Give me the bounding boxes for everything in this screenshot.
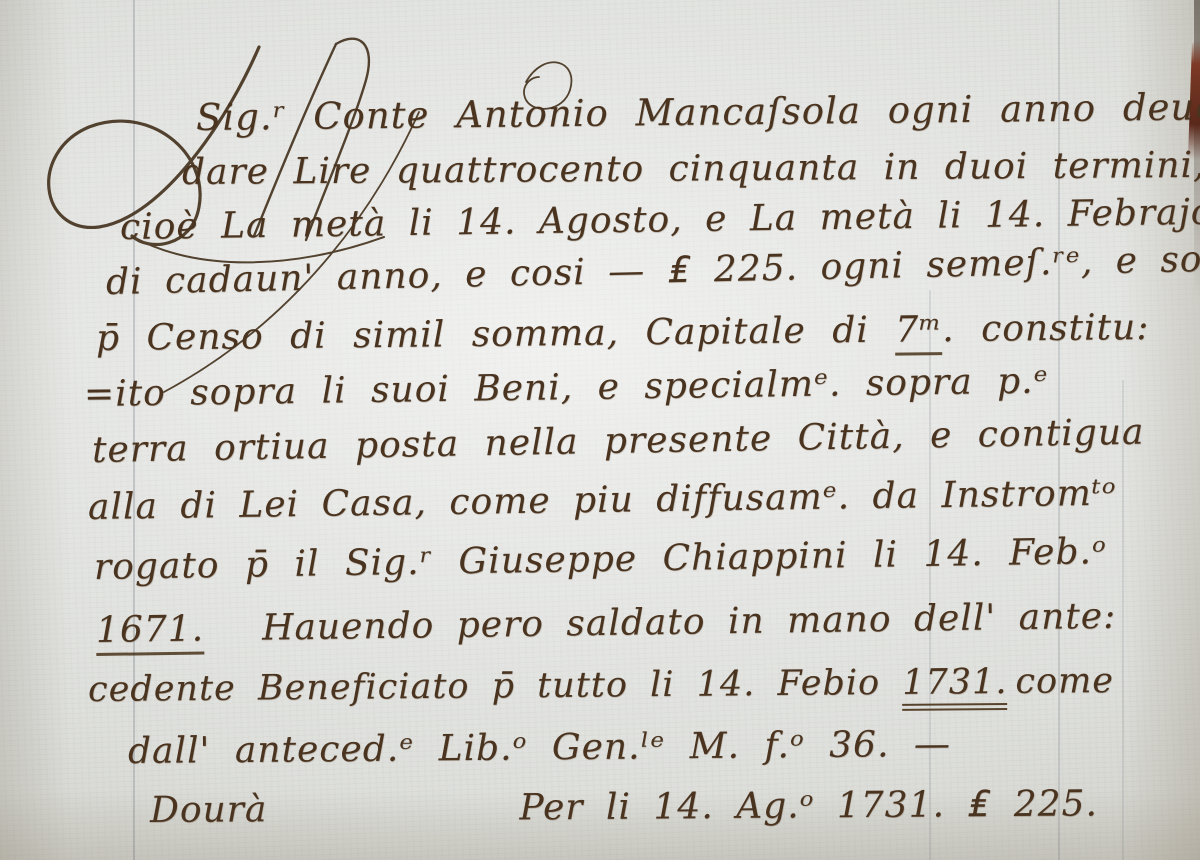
manuscript-line-11: cedente Beneficiato p̄ tutto li 14. Febi…: [88, 661, 1114, 710]
manuscript-line-5: p̄ Censo di simil somma, Capitale di 7ᵐ.…: [96, 307, 1150, 359]
manuscript-line-12: dall' anteced.ᵉ Lib.ᵒ Gen.ˡᵉ M. f.ᵒ 36. …: [128, 724, 951, 772]
manuscript-line-1: Sig.ʳ Conte Antonio Mancaſsola ogni anno…: [196, 85, 1200, 139]
text-segment: alla di Lei Casa, come piu diffusamᵉ. da…: [88, 473, 1117, 528]
text-segment: =ito sopra li suoi Beni, e specialmᵉ. so…: [84, 361, 1049, 415]
manuscript-line-2: dare Lire quattrocento cinquanta in duoi…: [182, 145, 1200, 193]
ornamental-initial-text: Il: [0, 0, 1, 1]
text-segment-dovra: Dourà: [150, 789, 268, 831]
text-segment: dall' anteced.ᵉ Lib.ᵒ Gen.ˡᵉ M. f.ᵒ 36. …: [128, 724, 951, 772]
text-segment: dare Lire quattrocento cinquanta in duoi…: [182, 145, 1200, 193]
text-segment: cedente Beneficiato p̄ tutto li 14. Febi…: [88, 663, 903, 710]
manuscript-line-6: =ito sopra li suoi Beni, e specialmᵉ. so…: [84, 361, 1049, 415]
manuscript-line-3: cioè La metà li 14. Agosto, e La metà li…: [120, 192, 1200, 248]
text-segment: Sig.ʳ Conte Antonio Mancaſsola ogni anno…: [196, 85, 1200, 139]
text-segment: di cadaun' anno, e cosi — ₤ 225. ogni se…: [106, 238, 1200, 303]
text-segment: Hauendo pero saldato in mano dell' ante:: [262, 596, 1117, 649]
manuscript-line-4: di cadaun' anno, e cosi — ₤ 225. ogni se…: [106, 238, 1200, 303]
text-segment: terra ortiua posta nella presente Città,…: [92, 412, 1145, 471]
text-segment: rogato p̄ il Sig.ʳ Giuseppe Chiappini li…: [94, 531, 1107, 588]
manuscript-line-7: terra ortiua posta nella presente Città,…: [92, 412, 1145, 471]
manuscript-photo: Il Sig.ʳ Conte Antonio Mancaſsola ogni a…: [0, 0, 1200, 860]
manuscript-line-13: DouràPer li 14. Ag.ᵒ 1731. ₤ 225.: [150, 783, 1098, 831]
text-segment-payment-entry: Per li 14. Ag.ᵒ 1731. ₤ 225.: [519, 783, 1098, 828]
underlined-capital-sum: 7ᵐ: [895, 309, 942, 355]
manuscript-line-10: 1671.Hauendo pero saldato in mano dell' …: [96, 596, 1117, 651]
text-segment: . constitu:: [942, 307, 1150, 350]
text-segment: come: [1015, 661, 1114, 702]
text-segment: p̄ Censo di simil somma, Capitale di: [96, 310, 896, 359]
text-segment: cioè La metà li 14. Agosto, e La metà li…: [120, 192, 1200, 248]
underlined-year-1671: 1671.: [96, 608, 205, 656]
underlined-year-1731: 1731.: [902, 662, 1008, 711]
manuscript-line-9: rogato p̄ il Sig.ʳ Giuseppe Chiappini li…: [94, 531, 1107, 588]
manuscript-line-8: alla di Lei Casa, come piu diffusamᵉ. da…: [88, 473, 1117, 528]
